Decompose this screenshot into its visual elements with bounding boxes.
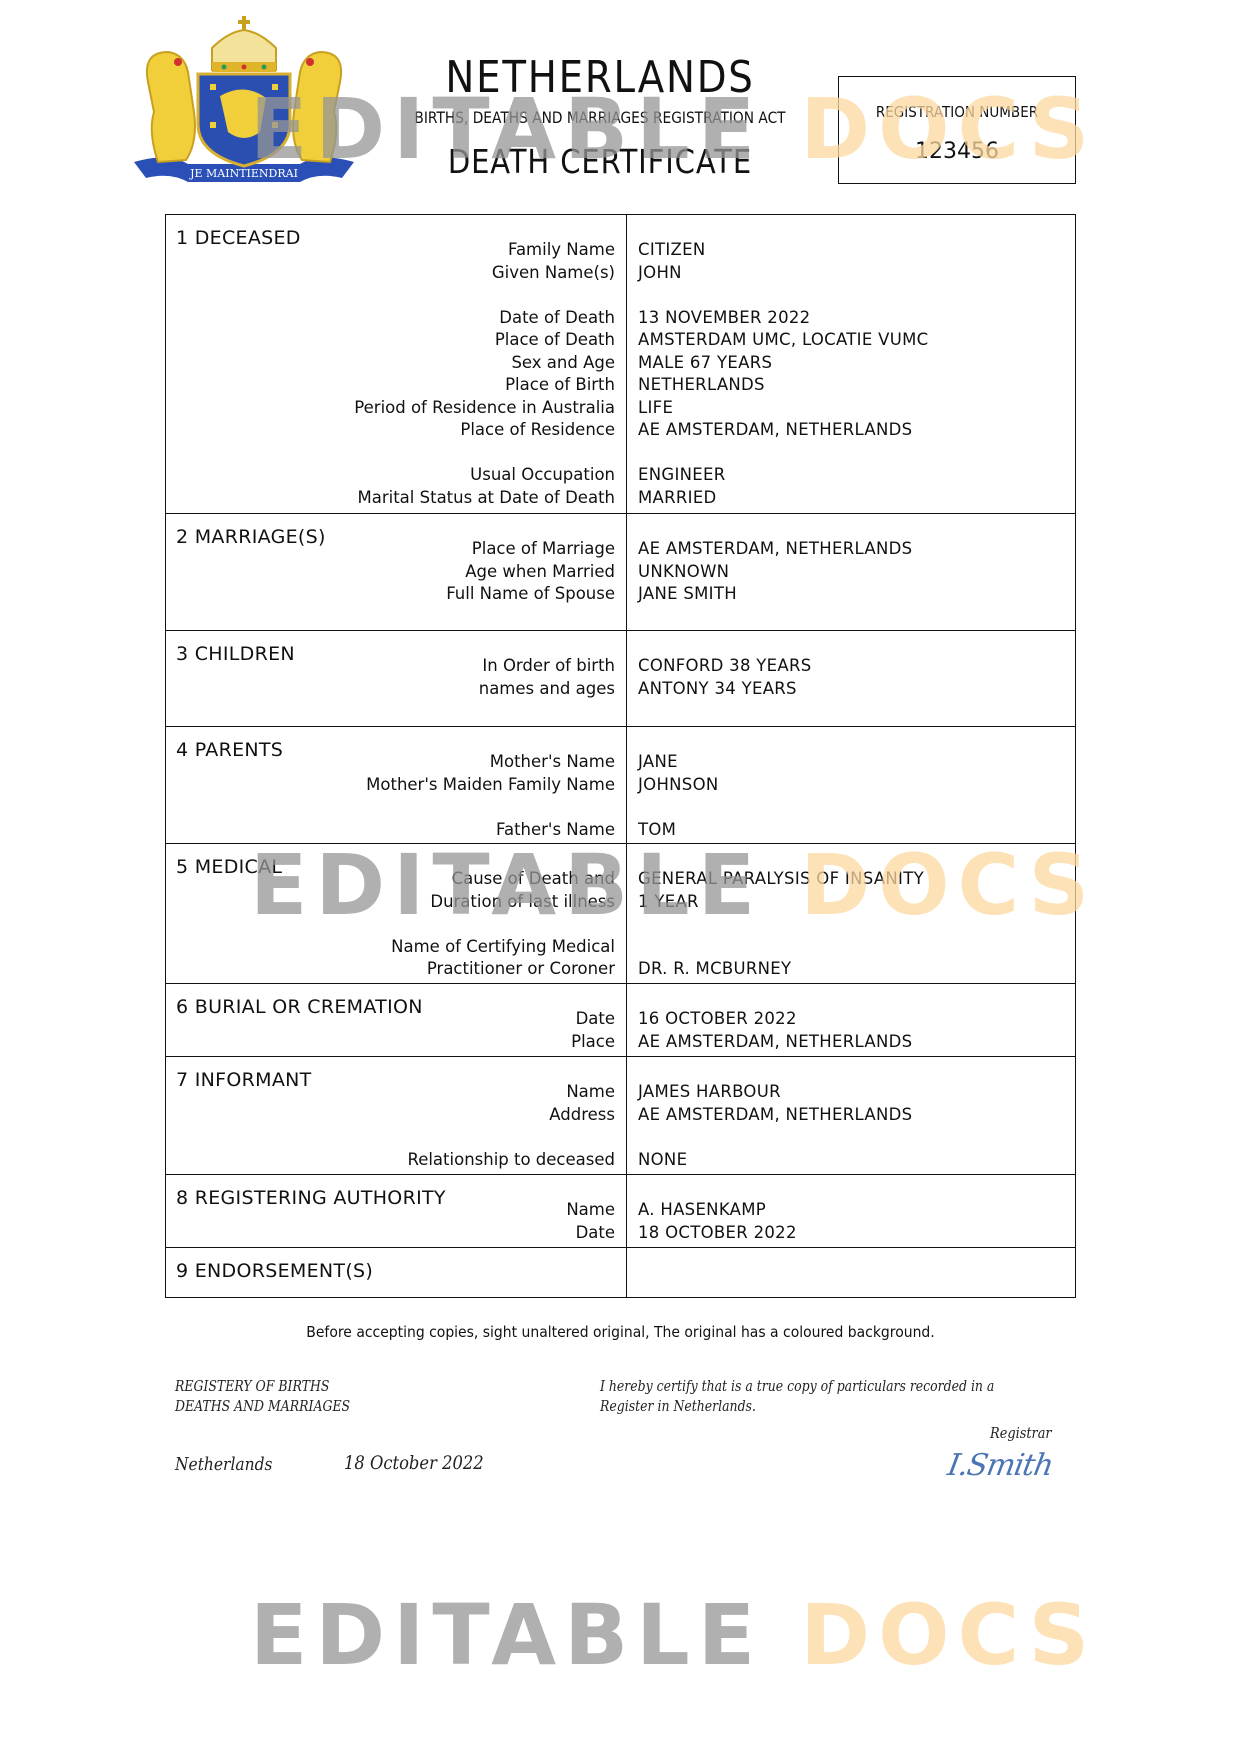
field-value: 1 YEAR <box>638 891 924 914</box>
coat-of-arms-emblem: JE MAINTIENDRAI <box>128 12 360 198</box>
section-row: 5 MEDICALCause of Death andDuration of l… <box>166 843 1075 983</box>
section-title: 9 ENDORSEMENT(S) <box>176 1260 373 1282</box>
field-value: AE AMSTERDAM, NETHERLANDS <box>638 1104 912 1127</box>
crest-motto: JE MAINTIENDRAI <box>189 167 298 180</box>
section-title: 6 BURIAL OR CREMATION <box>176 996 423 1018</box>
section-labels-cell: 5 MEDICALCause of Death andDuration of l… <box>166 844 627 983</box>
field-label: Place of Death <box>354 329 615 352</box>
section-row: 2 MARRIAGE(S)Place of MarriageAge when M… <box>166 513 1075 630</box>
act-subtitle: BIRTHS, DEATHS AND MARRIAGES REGISTRATIO… <box>411 108 789 127</box>
section-values-cell: 16 OCTOBER 2022AE AMSTERDAM, NETHERLANDS <box>627 984 1075 1056</box>
section-title: 7 INFORMANT <box>176 1069 312 1091</box>
registry-line-1: REGISTERY OF BIRTHS <box>175 1377 350 1397</box>
field-value <box>638 442 928 465</box>
section-values-cell: JAMES HARBOURAE AMSTERDAM, NETHERLANDSNO… <box>627 1057 1075 1174</box>
field-value: ANTONY 34 YEARS <box>638 678 812 701</box>
section-row: 3 CHILDRENIn Order of birthnames and age… <box>166 630 1075 726</box>
field-label: Cause of Death and <box>391 868 615 891</box>
section-values-cell: CITIZENJOHN13 NOVEMBER 2022AMSTERDAM UMC… <box>627 215 1075 513</box>
field-value: ENGINEER <box>638 464 928 487</box>
section-values-cell: JANEJOHNSONTOM <box>627 727 1075 843</box>
field-value: JOHNSON <box>638 774 719 797</box>
certify-line-1: I hereby certify that is a true copy of … <box>600 1377 994 1397</box>
section-values-cell <box>627 1248 1075 1297</box>
watermark-bottom: EDITABLE DOCS <box>250 1586 1097 1684</box>
section-labels-cell: 3 CHILDRENIn Order of birthnames and age… <box>166 631 627 726</box>
field-label <box>366 796 615 819</box>
section-values-cell: AE AMSTERDAM, NETHERLANDSUNKNOWNJANE SMI… <box>627 514 1075 630</box>
field-label: Given Name(s) <box>354 262 615 285</box>
field-label: Address <box>407 1104 615 1127</box>
section-labels-cell: 4 PARENTSMother's NameMother's Maiden Fa… <box>166 727 627 843</box>
field-value: NETHERLANDS <box>638 374 928 397</box>
field-label: Practitioner or Coroner <box>391 958 615 981</box>
field-label: Full Name of Spouse <box>446 583 615 606</box>
field-label: Place of Residence <box>354 419 615 442</box>
field-label: names and ages <box>479 678 615 701</box>
field-value: TOM <box>638 819 719 842</box>
registration-number-box: REGISTRATION NUMBER 123456 <box>838 76 1076 184</box>
field-label: Date of Death <box>354 307 615 330</box>
field-value <box>638 936 924 959</box>
document-title: DEATH CERTIFICATE <box>424 142 776 181</box>
field-value: UNKNOWN <box>638 561 912 584</box>
section-title: 3 CHILDREN <box>176 643 295 665</box>
field-value: AE AMSTERDAM, NETHERLANDS <box>638 538 912 561</box>
issue-date: 18 October 2022 <box>344 1452 484 1474</box>
field-label: Duration of last illness <box>391 891 615 914</box>
field-label <box>354 284 615 307</box>
field-value: DR. R. MCBURNEY <box>638 958 924 981</box>
country-title: NETHERLANDS <box>424 52 776 103</box>
field-label <box>391 913 615 936</box>
field-value <box>638 913 924 936</box>
section-row: 7 INFORMANTNameAddressRelationship to de… <box>166 1056 1075 1174</box>
field-label: Name <box>566 1199 615 1222</box>
section-row: 9 ENDORSEMENT(S) <box>166 1247 1075 1297</box>
field-value: MALE 67 YEARS <box>638 352 928 375</box>
issue-place: Netherlands <box>175 1454 272 1475</box>
section-labels-cell: 7 INFORMANTNameAddressRelationship to de… <box>166 1057 627 1174</box>
field-value: 18 OCTOBER 2022 <box>638 1222 797 1245</box>
field-label: Sex and Age <box>354 352 615 375</box>
field-label: Mother's Maiden Family Name <box>366 774 615 797</box>
field-value: CITIZEN <box>638 239 928 262</box>
section-title: 8 REGISTERING AUTHORITY <box>176 1187 446 1209</box>
registration-number-label: REGISTRATION NUMBER <box>851 103 1063 121</box>
field-value: AMSTERDAM UMC, LOCATIE VUMC <box>638 329 928 352</box>
field-label: Relationship to deceased <box>407 1149 615 1172</box>
field-label: Mother's Name <box>366 751 615 774</box>
section-title: 1 DECEASED <box>176 227 301 249</box>
field-value: MARRIED <box>638 487 928 510</box>
section-labels-cell: 2 MARRIAGE(S)Place of MarriageAge when M… <box>166 514 627 630</box>
section-labels-cell: 9 ENDORSEMENT(S) <box>166 1248 627 1297</box>
field-label: Marital Status at Date of Death <box>354 487 615 510</box>
field-value: NONE <box>638 1149 912 1172</box>
field-value <box>638 284 928 307</box>
section-values-cell: CONFORD 38 YEARSANTONY 34 YEARS <box>627 631 1075 726</box>
registrar-signature: I.Smith <box>945 1448 1056 1483</box>
field-label: Name <box>407 1081 615 1104</box>
field-value: JANE <box>638 751 719 774</box>
field-label <box>407 1126 615 1149</box>
field-value: JANE SMITH <box>638 583 912 606</box>
authenticity-notice: Before accepting copies, sight unaltered… <box>211 1323 1031 1341</box>
field-label: In Order of birth <box>479 655 615 678</box>
field-label: Usual Occupation <box>354 464 615 487</box>
field-value: AE AMSTERDAM, NETHERLANDS <box>638 419 928 442</box>
section-labels-cell: 8 REGISTERING AUTHORITYNameDate <box>166 1175 627 1247</box>
field-label: Date <box>571 1008 615 1031</box>
field-value: JAMES HARBOUR <box>638 1081 912 1104</box>
registry-line-2: DEATHS AND MARRIAGES <box>175 1397 350 1417</box>
field-value: LIFE <box>638 397 928 420</box>
section-title: 4 PARENTS <box>176 739 283 761</box>
certification-statement: I hereby certify that is a true copy of … <box>600 1377 994 1417</box>
field-value: JOHN <box>638 262 928 285</box>
section-row: 4 PARENTSMother's NameMother's Maiden Fa… <box>166 726 1075 843</box>
section-title: 5 MEDICAL <box>176 856 282 878</box>
registration-number-value: 123456 <box>839 139 1075 164</box>
field-label: Date <box>566 1222 615 1245</box>
field-label: Place <box>571 1031 615 1054</box>
field-label: Name of Certifying Medical <box>391 936 615 959</box>
field-label: Age when Married <box>446 561 615 584</box>
registry-name: REGISTERY OF BIRTHS DEATHS AND MARRIAGES <box>175 1377 350 1417</box>
field-value <box>638 1126 912 1149</box>
section-row: 8 REGISTERING AUTHORITYNameDateA. HASENK… <box>166 1174 1075 1247</box>
field-value: 16 OCTOBER 2022 <box>638 1008 912 1031</box>
section-labels-cell: 1 DECEASEDFamily NameGiven Name(s)Date o… <box>166 215 627 513</box>
section-row: 1 DECEASEDFamily NameGiven Name(s)Date o… <box>166 215 1075 513</box>
section-values-cell: A. HASENKAMP18 OCTOBER 2022 <box>627 1175 1075 1247</box>
field-label <box>354 442 615 465</box>
field-value <box>638 796 719 819</box>
field-label: Father's Name <box>366 819 615 842</box>
certificate-table: 1 DECEASEDFamily NameGiven Name(s)Date o… <box>165 214 1076 1298</box>
section-title: 2 MARRIAGE(S) <box>176 526 326 548</box>
certify-line-2: Register in Netherlands. <box>600 1397 994 1417</box>
section-row: 6 BURIAL OR CREMATIONDatePlace16 OCTOBER… <box>166 983 1075 1056</box>
section-values-cell: GENERAL PARALYSIS OF INSANITY1 YEARDR. R… <box>627 844 1075 983</box>
field-value: 13 NOVEMBER 2022 <box>638 307 928 330</box>
section-labels-cell: 6 BURIAL OR CREMATIONDatePlace <box>166 984 627 1056</box>
field-label: Period of Residence in Australia <box>354 397 615 420</box>
field-value: GENERAL PARALYSIS OF INSANITY <box>638 868 924 891</box>
field-value: A. HASENKAMP <box>638 1199 797 1222</box>
registrar-label: Registrar <box>990 1424 1052 1442</box>
field-value: CONFORD 38 YEARS <box>638 655 812 678</box>
field-label: Family Name <box>354 239 615 262</box>
field-label: Place of Birth <box>354 374 615 397</box>
field-label: Place of Marriage <box>446 538 615 561</box>
field-value: AE AMSTERDAM, NETHERLANDS <box>638 1031 912 1054</box>
